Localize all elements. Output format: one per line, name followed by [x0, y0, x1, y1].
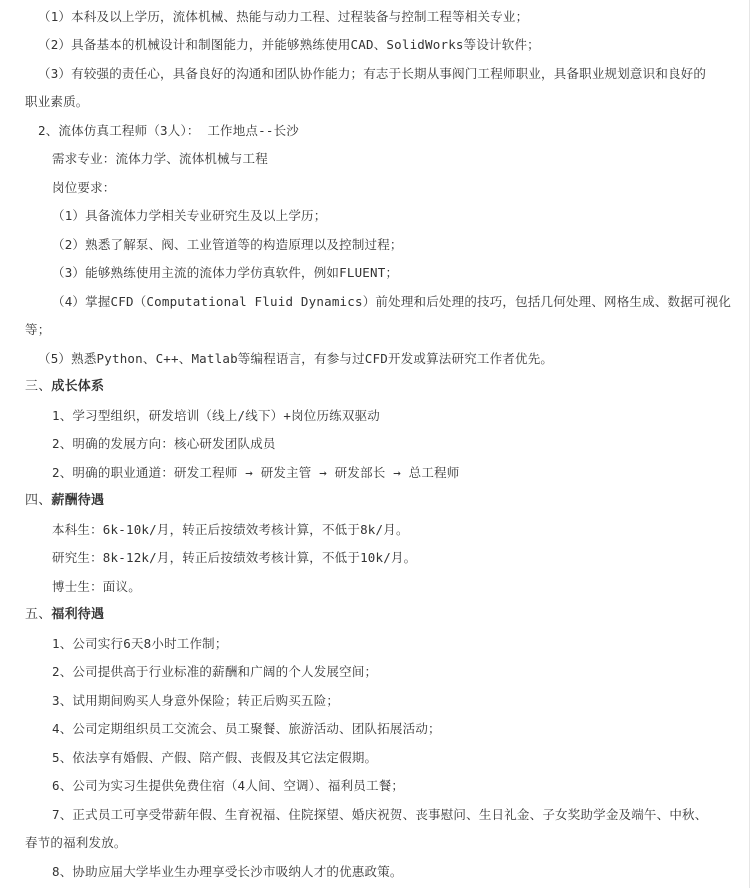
section-number: 三、	[25, 379, 51, 394]
job-requirement-2: （2）熟悉了解泵、阀、工业管道等的构造原理以及控制过程；	[52, 237, 403, 253]
growth-item: 1、学习型组织，研发培训（线上/线下）+岗位历练双驱动	[52, 408, 380, 424]
benefit-item-cont: 春节的福利发放。	[25, 835, 127, 851]
requirement-item-3: （3）有较强的责任心，具备良好的沟通和团队协作能力；有志于长期从事阀门工程师职业…	[38, 66, 706, 82]
growth-item: 2、明确的发展方向：核心研发团队成员	[52, 436, 276, 452]
benefit-item: 8、协助应届大学毕业生办理享受长沙市吸纳人才的优惠政策。	[52, 864, 403, 880]
section-heading-benefits: 五、福利待遇	[25, 607, 104, 623]
salary-item-bachelor: 本科生：6k-10k/月，转正后按绩效考核计算，不低于8k/月。	[52, 522, 409, 538]
benefit-item: 5、依法享有婚假、产假、陪产假、丧假及其它法定假期。	[52, 750, 377, 766]
benefit-item: 1、公司实行6天8小时工作制；	[52, 636, 228, 652]
section-number: 五、	[25, 607, 51, 622]
salary-item-phd: 博士生：面议。	[52, 579, 141, 595]
section-heading-salary: 四、薪酬待遇	[25, 493, 104, 509]
section-title: 薪酬待遇	[51, 493, 104, 508]
job-requirement-4-cont: 等；	[25, 322, 50, 338]
document-page: （1）本科及以上学历，流体机械、热能与动力工程、过程装备与控制工程等相关专业； …	[0, 0, 750, 888]
benefit-item: 4、公司定期组织员工交流会、员工聚餐、旅游活动、团队拓展活动；	[52, 721, 441, 737]
section-title: 福利待遇	[51, 607, 104, 622]
job-requirement-1: （1）具备流体力学相关专业研究生及以上学历；	[52, 208, 326, 224]
requirement-item-3-cont: 职业素质。	[25, 94, 89, 110]
section-title: 成长体系	[51, 379, 104, 394]
growth-item: 2、明确的职业通道：研发工程师 → 研发主管 → 研发部长 → 总工程师	[52, 465, 459, 481]
job-requirement-5: （5）熟悉Python、C++、Matlab等编程语言，有参与过CFD开发或算法…	[38, 351, 553, 367]
benefit-item: 2、公司提供高于行业标准的薪酬和广阔的个人发展空间；	[52, 664, 377, 680]
section-number: 四、	[25, 493, 51, 508]
benefit-item: 3、试用期间购买人身意外保险；转正后购买五险；	[52, 693, 339, 709]
salary-item-master: 研究生：8k-12k/月，转正后按绩效考核计算，不低于10k/月。	[52, 550, 416, 566]
requirement-item-1: （1）本科及以上学历，流体机械、热能与动力工程、过程装备与控制工程等相关专业；	[38, 9, 528, 25]
section-heading-growth: 三、成长体系	[25, 379, 104, 395]
position-title: 2、流体仿真工程师（3人）： 工作地点--长沙	[38, 123, 299, 139]
job-requirement-4: （4）掌握CFD（Computational Fluid Dynamics）前处…	[52, 294, 731, 310]
job-requirements-label: 岗位要求：	[52, 180, 116, 196]
requirement-item-2: （2）具备基本的机械设计和制图能力，并能够熟练使用CAD、SolidWorks等…	[38, 37, 540, 53]
benefit-item: 7、正式员工可享受带薪年假、生育祝福、住院探望、婚庆祝贺、丧事慰问、生日礼金、子…	[52, 807, 707, 823]
job-requirement-3: （3）能够熟练使用主流的流体力学仿真软件，例如FLUENT；	[52, 265, 398, 281]
required-majors: 需求专业：流体力学、流体机械与工程	[52, 151, 268, 167]
benefit-item: 6、公司为实习生提供免费住宿（4人间、空调）、福利员工餐；	[52, 778, 404, 794]
